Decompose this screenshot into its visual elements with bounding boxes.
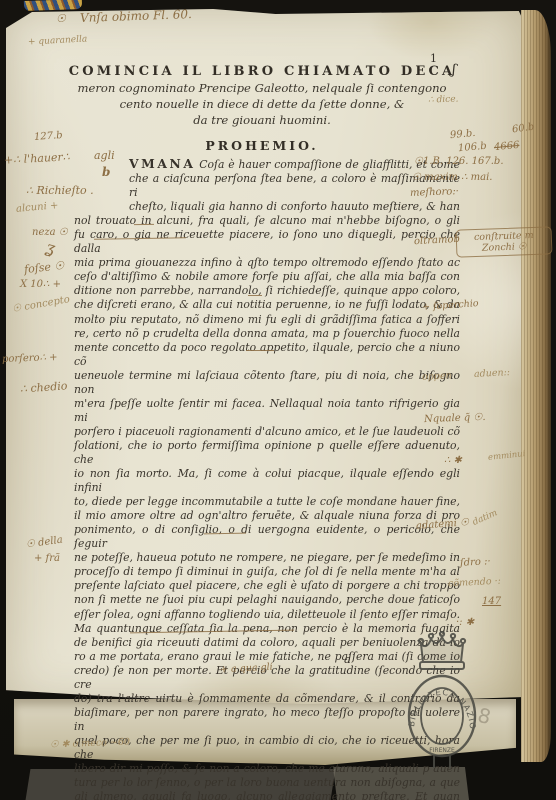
margin-note-right: oppen	[422, 370, 452, 383]
stamp-base-text: FIRENZE	[429, 747, 455, 754]
title-block: COMINCIA IL LIBRO CHIAMATO DECA meron co…	[56, 64, 468, 153]
margin-note-left: + frã	[34, 553, 60, 564]
margin-note-left: porſero∴ +	[2, 352, 58, 365]
body-line: nol trouato in alcuni, fra quali, ſe alc…	[74, 214, 460, 228]
margin-note-right: ☉ maxim ∴ mai.	[412, 172, 492, 183]
body-line: mente concetto da poco regolato appetito…	[74, 341, 460, 369]
margin-note-left: neza ☉	[32, 227, 68, 238]
body-line: preſente laſciato quel piacere, che egli…	[74, 579, 460, 593]
margin-note-right: 99.b.	[450, 128, 476, 141]
ink-underline	[246, 350, 274, 351]
margin-note-right-struck: 4666	[494, 140, 520, 153]
ink-underline	[248, 295, 262, 296]
body-line: proceſſo di tempo ſi diminui in guiſa, c…	[74, 565, 460, 579]
margin-note-right: ∴ dice.	[428, 94, 459, 105]
body-line: to, diede per legge incommutabile a tutt…	[74, 495, 460, 509]
body-line: ſolationi, che io porto fermiſſima opini…	[74, 439, 460, 467]
body-line: cheſto, liquali gia hanno di conforto ha…	[74, 200, 460, 214]
stamp-crown-icon	[419, 632, 465, 669]
margin-note-right: aduen::	[474, 367, 511, 380]
endband	[24, 0, 82, 11]
margin-note-left: X 10∴ +	[20, 279, 61, 290]
chapter-title-line-1: COMINCIA IL LIBRO CHIAMATO DECA	[56, 64, 468, 79]
body-line: fu caro, o gia ne riceuette piacere, io …	[74, 228, 460, 256]
body-line: ueneuole termine mi laſciaua cõtento ſta…	[74, 369, 460, 397]
drop-word: VMANA	[129, 156, 195, 171]
margin-note-right: meſhoro:·	[410, 186, 459, 199]
body-line: mia prima giouanezza infino à qſto tempo…	[74, 256, 460, 270]
margin-note-right: ☉1.B. 126. 167.b.	[414, 156, 504, 167]
margin-note-left: b	[102, 165, 110, 179]
body-line: ceſo d'altiſſimo & nobile amore forſe pi…	[74, 270, 460, 284]
body-line: il mio amore oltre ad ogn'altro feruēte,…	[74, 509, 460, 523]
body-line: ne poteſſe, haueua potuto ne rompere, ne…	[74, 551, 460, 565]
stamp-ring	[409, 676, 475, 768]
body-line: tura per lo lor ſenno, o per la loro buo…	[74, 776, 460, 790]
body-line: eſſer ſolea, ogni affanno togliendo uia,…	[74, 608, 460, 622]
body-line: non ſi mette ne ſuoi piu cupi pelaghi na…	[74, 593, 460, 607]
signature-mark: a	[344, 652, 351, 666]
body-line: gli almeno, aquali fa luogo, alcuno alle…	[74, 790, 460, 800]
margin-note-right: ·: ✱	[456, 617, 474, 628]
body-line: re, certo nõ p crudelta della donna amat…	[74, 327, 460, 341]
body-line-first: VMANA Coſa è hauer compaſſione de gliaff…	[74, 157, 460, 172]
body-line: m'era ſpeſſe uolte ſentir mi facea. Nell…	[74, 397, 460, 425]
body-line: molto piu reputato, nõ dimeno mi fu egli…	[74, 313, 460, 327]
margin-note-left: 127.b	[34, 130, 63, 143]
body-line: che diſcreti erano, & alla cui notitia p…	[74, 298, 460, 312]
margin-note-ring-icon: ☉	[56, 12, 66, 25]
body-line: io non ſia morto. Ma, ſi come à colui pi…	[74, 467, 460, 495]
library-stamp: BIBLIOTECA NAZIONALE FIRENZE	[396, 628, 488, 768]
body-line: che a ciaſcuna perſona ſtea bene, a colo…	[74, 172, 460, 200]
chapter-title-line-4: da tre giouani huomini.	[56, 113, 468, 127]
margin-note-right: ∴ ✱	[444, 455, 462, 466]
body-line: porſero i piaceuoli ragionamenti d'alcun…	[74, 425, 460, 439]
margin-note-boxed: conſtruite m Zonchi ☉	[456, 226, 553, 257]
body-line: ditione non parrebbe, narrandolo, ſi ric…	[74, 284, 460, 298]
margin-note-left: agli	[94, 149, 115, 162]
margin-note-right: 147	[482, 596, 501, 607]
margin-note-left: ∴ Richieſto .	[26, 184, 94, 197]
book-scan-scene: 1 ʃ COMINCIA IL LIBRO CHIAMATO DECA mero…	[0, 0, 556, 800]
chapter-title-line-3: cento nouelle in diece di dette da ſette…	[56, 97, 468, 111]
section-heading: PROHEMIO.	[56, 138, 468, 153]
body-line: ponimento, o di conſiglio, o di uergogna…	[74, 523, 460, 551]
chapter-title-line-2: meron cognominato Prencipe Galeotto, nel…	[56, 81, 468, 95]
margin-note-right: ſdro :·	[460, 556, 491, 569]
margin-note-right: Nquale q̃ ☉.	[424, 412, 486, 425]
